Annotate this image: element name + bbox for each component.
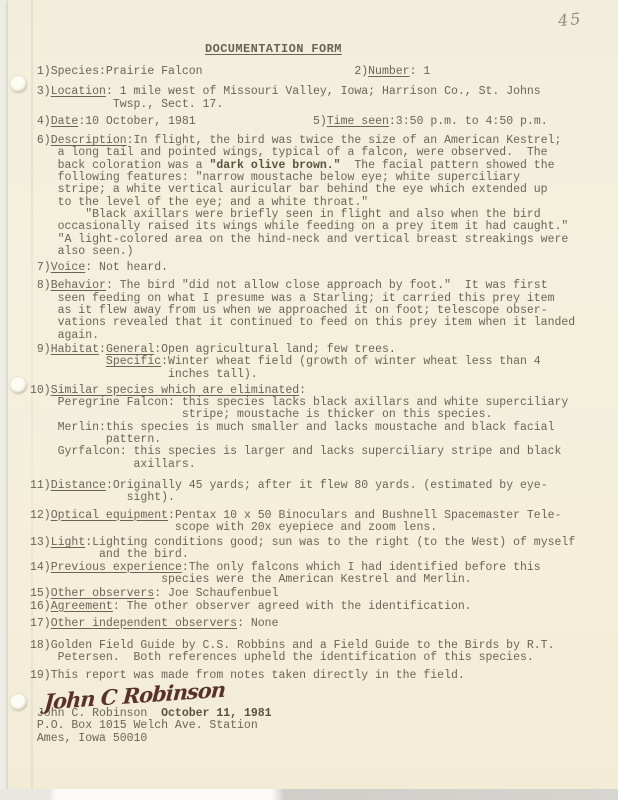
form-item-distance: 11)Distance:Originally 45 yards; after i… — [30, 480, 600, 505]
item-number: 17) — [30, 617, 51, 630]
item-number: 6) — [30, 134, 51, 147]
habitat-label: Habitat — [51, 343, 99, 356]
form-item-description: 6)Description:In flight, the bird was tw… — [30, 135, 600, 258]
habitat-specific-label: Specific — [106, 355, 161, 368]
punch-hole-top — [10, 76, 27, 93]
document-page: 45 DOCUMENTATION FORM 1)Species:Prairie … — [8, 0, 618, 789]
independent-observers-label: Other independent observers — [51, 617, 237, 630]
observer-name-address: John C. Robinson October 11, 1981 P.O. B… — [30, 708, 600, 745]
page-number-annotation: 45 — [557, 9, 583, 30]
other-observers-value: : Joe Schaufenbuel — [154, 587, 278, 600]
habitat-general-label: General — [106, 343, 154, 356]
independent-observers-value: : None — [237, 617, 278, 630]
location-label: Location — [51, 85, 106, 98]
form-item-species-number: 1)Species:Prairie Falcon 2)Number: 1 — [30, 66, 600, 78]
date-label: Date — [51, 115, 79, 128]
voice-label: Voice — [51, 261, 86, 274]
form-item-similar-species: 10)Similar species which are eliminated:… — [30, 385, 600, 471]
time-seen-label: Time seen — [327, 115, 389, 128]
light-value: :Lighting conditions good; sun was to th… — [30, 536, 575, 561]
distance-label: Distance — [51, 479, 106, 492]
other-observers-label: Other observers — [51, 587, 155, 600]
item-number: 11) — [30, 479, 51, 492]
light-label: Light — [51, 536, 86, 549]
form-item-agreement: 16)Agreement: The other observer agreed … — [30, 601, 600, 613]
date-value: :10 October, 1981 5) — [78, 115, 326, 128]
agreement-label: Agreement — [51, 600, 113, 613]
item-number: 10) — [30, 384, 51, 397]
form-item-light: 13)Light:Lighting conditions good; sun w… — [30, 537, 600, 562]
item-number: 12) — [30, 509, 51, 522]
separator: : — [99, 343, 106, 356]
time-seen-value: :3:50 p.m. to 4:50 p.m. — [389, 115, 548, 128]
behavior-label: Behavior — [51, 279, 106, 292]
punch-hole-middle — [10, 377, 27, 394]
number-label: Number — [368, 65, 409, 78]
report-date: October 11, 1981 — [161, 707, 271, 720]
item-number: 13) — [30, 536, 51, 549]
item-number: 8) — [30, 279, 51, 292]
scanner-background-strip — [0, 789, 618, 800]
item-number: 14) — [30, 561, 51, 574]
signature: John C Robinson — [30, 683, 600, 708]
species-field: 1)Species:Prairie Falcon 2) — [30, 65, 368, 78]
form-item-references: 18)Golden Field Guide by C.S. Robbins an… — [30, 640, 600, 665]
similar-species-value: : Peregrine Falcon: this species lacks b… — [30, 384, 568, 471]
observer-address: P.O. Box 1015 Welch Ave. Station Ames, I… — [30, 719, 258, 744]
similar-species-label: Similar species which are eliminated — [51, 384, 299, 397]
location-value: : 1 mile west of Missouri Valley, Iowa; … — [30, 85, 541, 110]
form-body: 1)Species:Prairie Falcon 2)Number: 1 3)L… — [30, 66, 600, 745]
description-text-continued: The facial pattern showed the following … — [30, 159, 568, 258]
previous-experience-label: Previous experience — [51, 561, 182, 574]
description-bold-phrase: "dark olive brown." — [209, 159, 340, 172]
item-number: 16) — [30, 600, 51, 613]
item-number: 4) — [30, 115, 51, 128]
item-number: 7) — [30, 261, 51, 274]
item-number: 3) — [30, 85, 51, 98]
references-text: 18)Golden Field Guide by C.S. Robbins an… — [30, 639, 555, 664]
optical-equipment-label: Optical equipment — [51, 509, 168, 522]
form-item-optical-equipment: 12)Optical equipment:Pentax 10 x 50 Bino… — [30, 510, 600, 535]
item-number: 15) — [30, 587, 51, 600]
form-item-field-notes: 19)This report was made from notes taken… — [30, 670, 600, 682]
voice-value: : Not heard. — [85, 261, 168, 274]
behavior-value: : The bird "did not allow close approach… — [30, 279, 575, 341]
item-number: 9) — [30, 343, 51, 356]
distance-value: :Originally 45 yards; after it flew 80 y… — [30, 479, 548, 504]
form-item-independent-observers: 17)Other independent observers: None — [30, 618, 600, 630]
form-item-habitat: 9)Habitat:General:Open agricultural land… — [30, 344, 600, 381]
number-value: : 1 — [410, 65, 431, 78]
form-item-previous-experience: 14)Previous experience:The only falcons … — [30, 562, 600, 587]
form-item-location: 3)Location: 1 mile west of Missouri Vall… — [30, 86, 600, 111]
form-item-voice: 7)Voice: Not heard. — [30, 262, 600, 274]
form-item-date-time: 4)Date:10 October, 1981 5)Time seen:3:50… — [30, 116, 600, 128]
punch-hole-bottom — [10, 694, 27, 711]
description-label: Description — [51, 134, 127, 147]
field-notes-text: 19)This report was made from notes taken… — [30, 669, 465, 682]
document-title: DOCUMENTATION FORM — [205, 42, 342, 56]
agreement-value: : The other observer agreed with the ide… — [113, 600, 472, 613]
form-item-behavior: 8)Behavior: The bird "did not allow clos… — [30, 280, 600, 341]
